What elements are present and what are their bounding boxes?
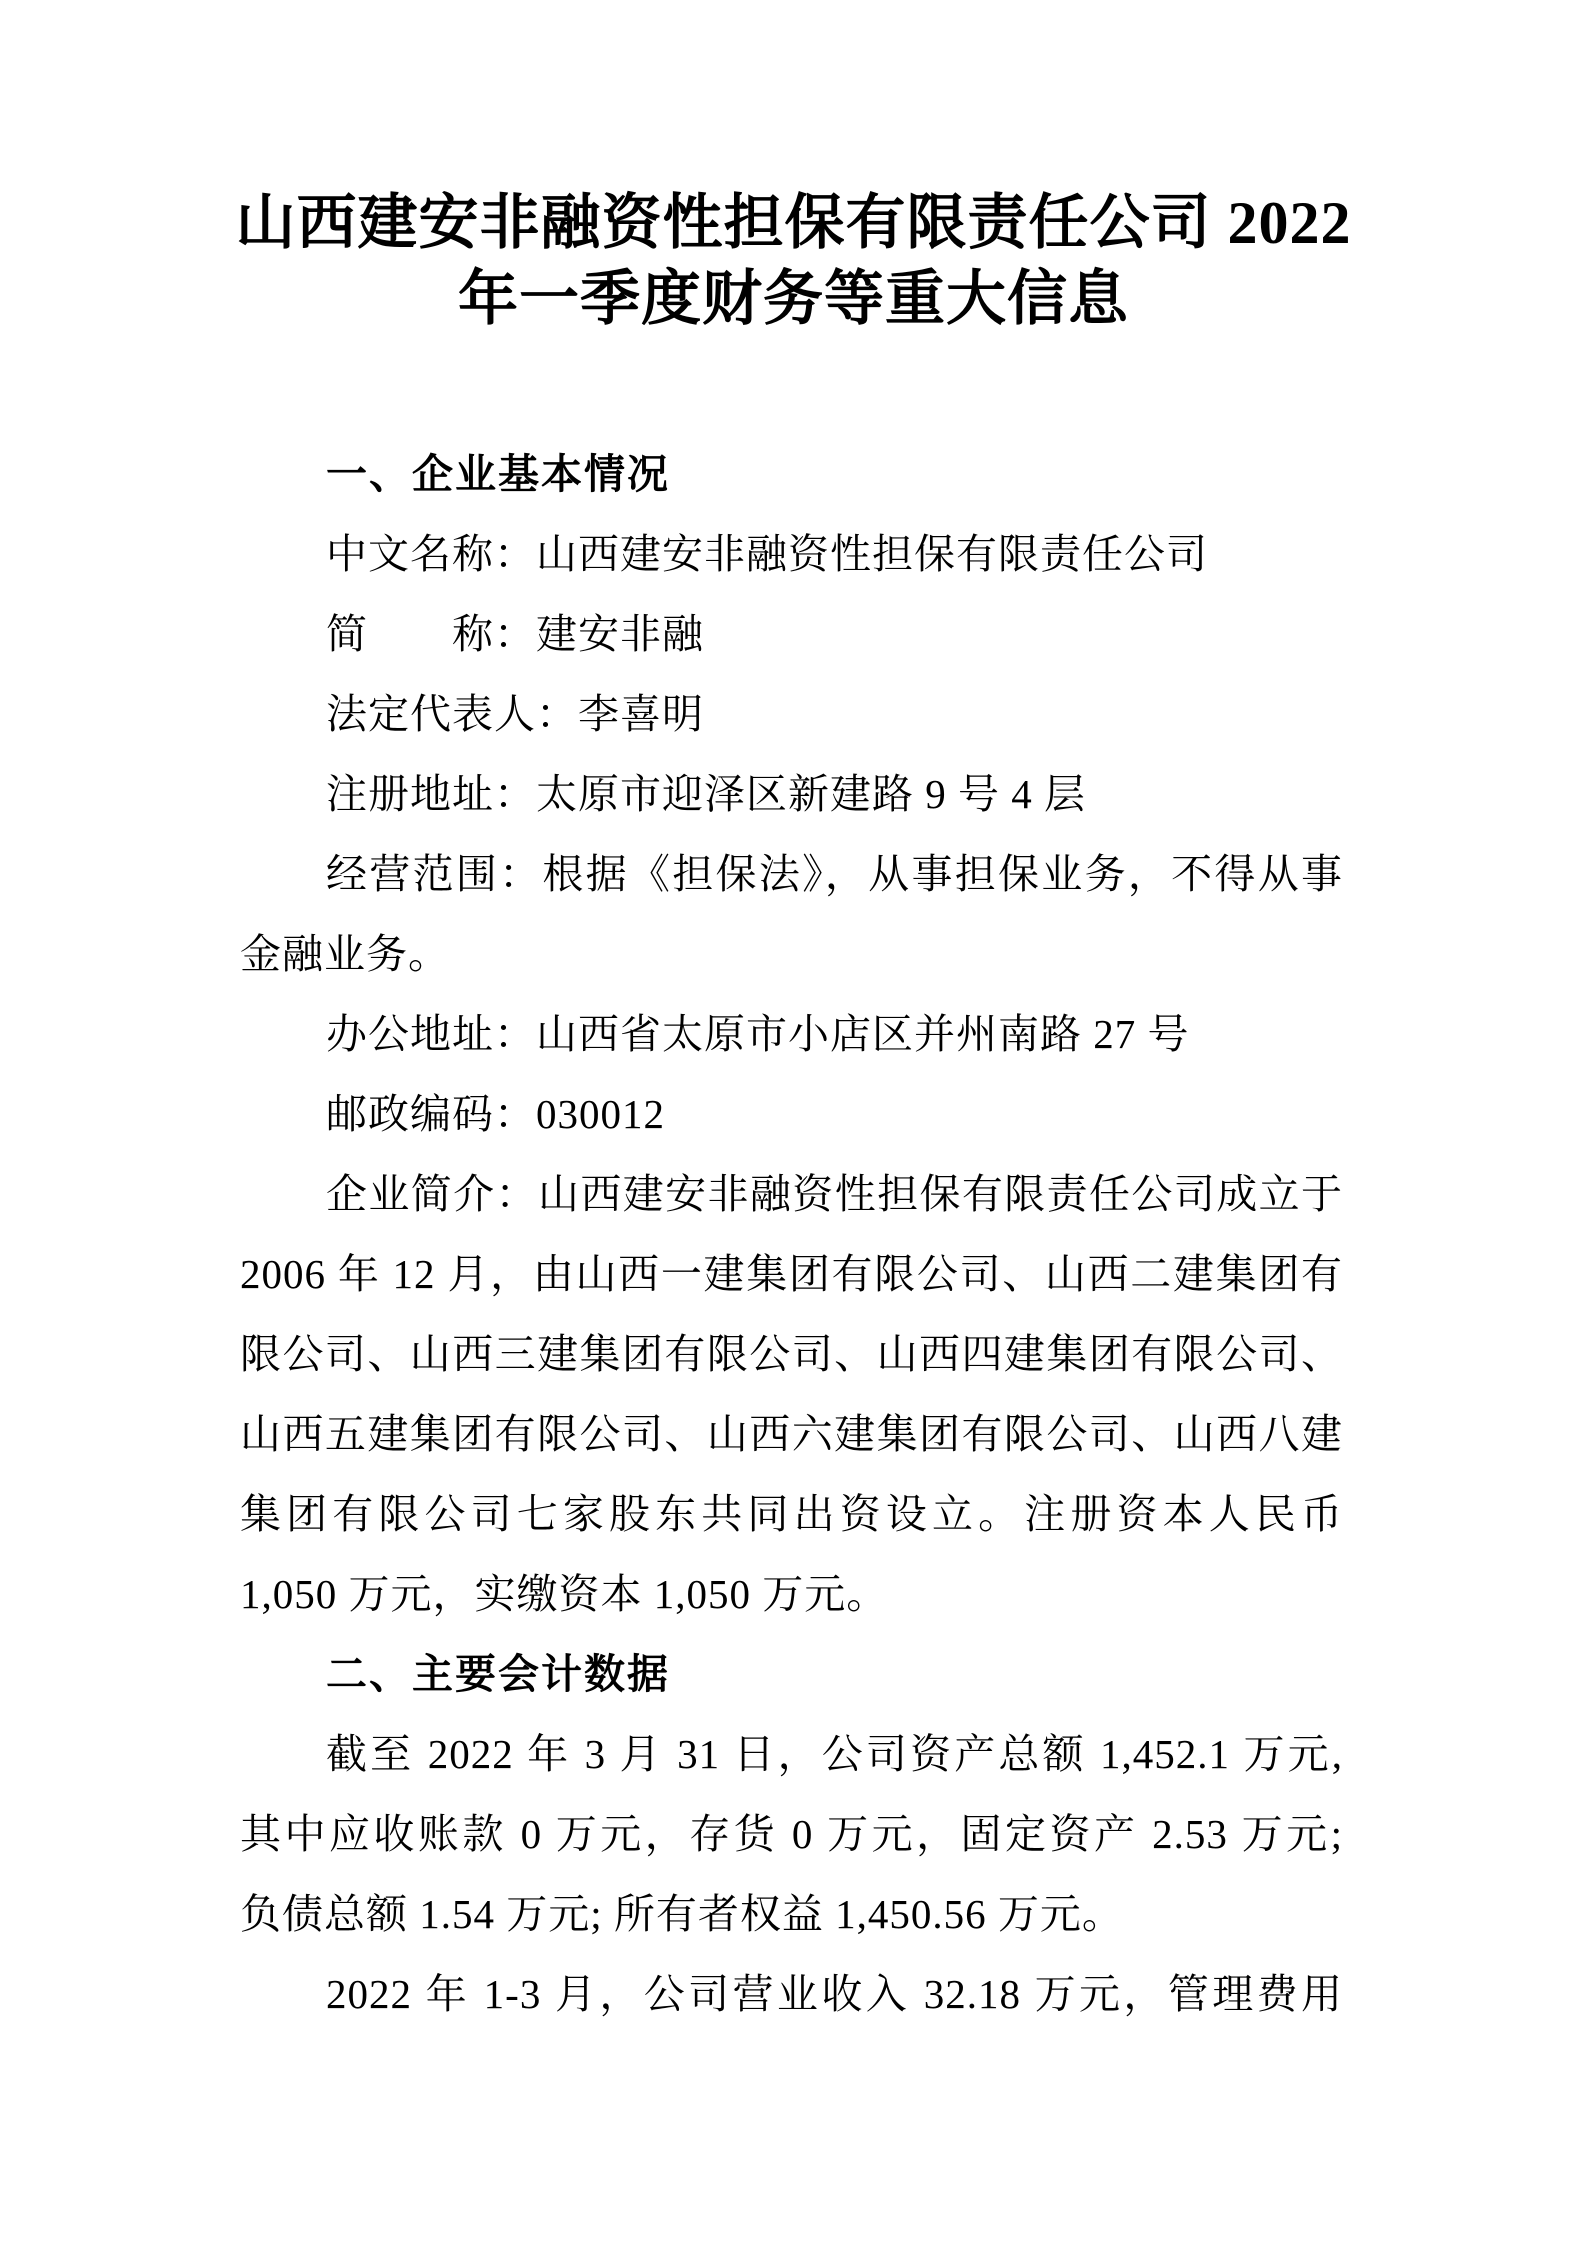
text-line: 企业简介：山西建安非融资性担保有限责任公司成立于: [240, 1154, 1343, 1234]
document-page: 山西建安非融资性担保有限责任公司 2022年一季度财务等重大信息 一、企业基本情…: [0, 0, 1587, 2245]
text-line: 限公司、山西三建集团有限公司、山西四建集团有限公司、: [240, 1314, 1343, 1394]
text-line: 注册地址：太原市迎泽区新建路 9 号 4 层: [240, 754, 1343, 834]
document-title: 山西建安非融资性担保有限责任公司 2022年一季度财务等重大信息: [0, 0, 1587, 337]
text-line: 1,050 万元，实缴资本 1,050 万元。: [240, 1554, 1343, 1634]
text-line: 法定代表人：李喜明: [240, 674, 1343, 754]
text-line: 2006 年 12 月，由山西一建集团有限公司、山西二建集团有: [240, 1234, 1343, 1314]
text-line: 其中应收账款 0 万元，存货 0 万元，固定资产 2.53 万元;: [240, 1794, 1343, 1874]
section-heading: 二、主要会计数据: [240, 1634, 1343, 1714]
title-line: 年一季度财务等重大信息: [0, 261, 1587, 337]
text-line: 集团有限公司七家股东共同出资设立。注册资本人民币: [240, 1474, 1343, 1554]
title-line: 山西建安非融资性担保有限责任公司 2022: [0, 185, 1587, 261]
text-line: 山西五建集团有限公司、山西六建集团有限公司、山西八建: [240, 1394, 1343, 1474]
text-line: 办公地址：山西省太原市小店区并州南路 27 号: [240, 994, 1343, 1074]
text-line: 经营范围：根据《担保法》，从事担保业务，不得从事: [240, 834, 1343, 914]
text-line: 邮政编码：030012: [240, 1074, 1343, 1154]
text-line: 简 称：建安非融: [240, 594, 1343, 674]
section-heading: 一、企业基本情况: [240, 434, 1343, 514]
text-line: 负债总额 1.54 万元; 所有者权益 1,450.56 万元。: [240, 1874, 1343, 1954]
document-body: 一、企业基本情况中文名称：山西建安非融资性担保有限责任公司简 称：建安非融法定代…: [240, 434, 1343, 2034]
text-line: 2022 年 1-3 月，公司营业收入 32.18 万元，管理费用: [240, 1954, 1343, 2034]
text-line: 截至 2022 年 3 月 31 日，公司资产总额 1,452.1 万元,: [240, 1714, 1343, 1794]
text-line: 中文名称：山西建安非融资性担保有限责任公司: [240, 514, 1343, 594]
text-line: 金融业务。: [240, 914, 1343, 994]
